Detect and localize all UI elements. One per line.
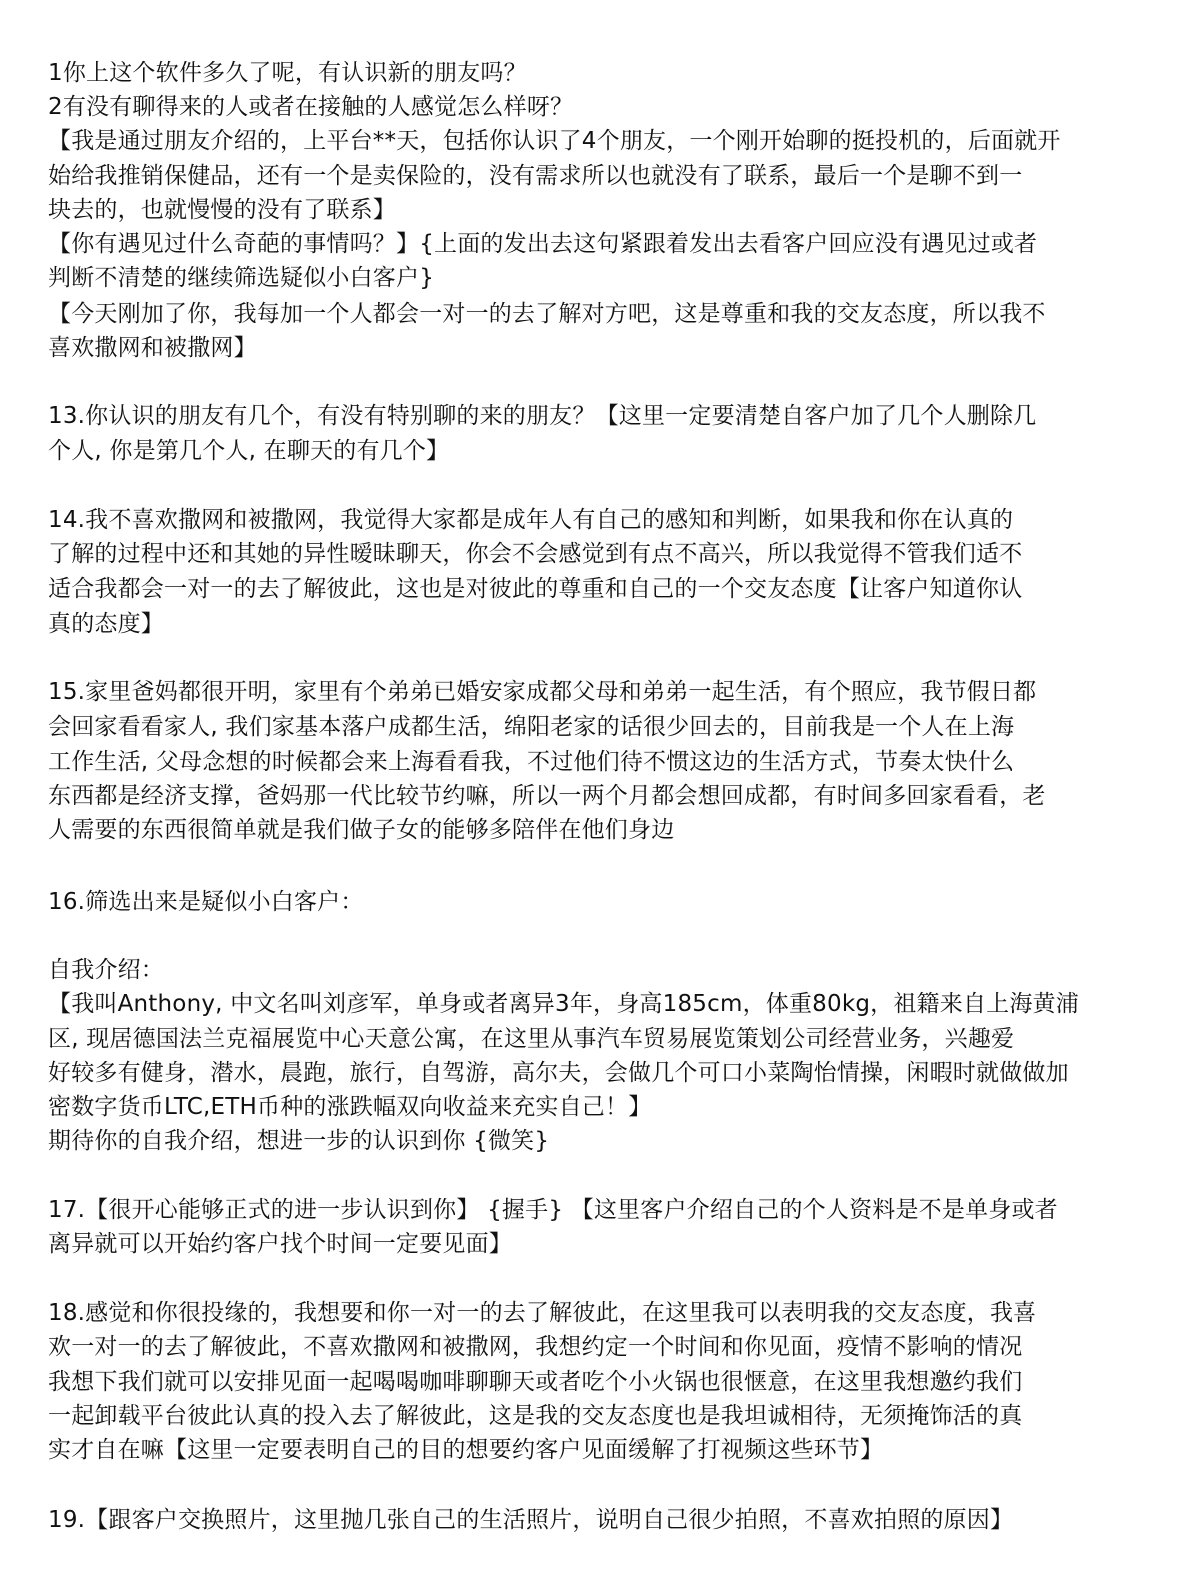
self-intro-line: 【我叫Anthony, 中文名叫刘彦军，单身或者离异3年，身高185cm，体重8… (48, 989, 1079, 1019)
text-line: 【你有遇见过什么奇葩的事情吗？】{上面的发出去这句紧跟着发出去看客户回应没有遇见… (48, 229, 1037, 259)
item-14-line: 了解的过程中还和其她的异性暧昧聊天，你会不会感觉到有点不高兴，所以我觉得不管我们… (48, 539, 1022, 569)
item-16-line: 16.筛选出来是疑似小白客户： (48, 887, 364, 917)
document-page: 1你上这个软件多久了呢，有认识新的朋友吗？ 2有没有聊得来的人或者在接触的人感觉… (0, 0, 1200, 1587)
item-14-line: 适合我都会一对一的去了解彼此，这也是对彼此的尊重和自己的一个交友态度【让客户知道… (48, 574, 1022, 604)
item-19-line: 19.【跟客户交换照片，这里抛几张自己的生活照片，说明自己很少拍照，不喜欢拍照的… (48, 1505, 1013, 1535)
item-18-line: 实才自在嘛【这里一定要表明自己的目的想要约客户见面缓解了打视频这些环节】 (48, 1435, 883, 1465)
item-17-line: 17.【很开心能够正式的进一步认识到你】 {握手} 【这里客户介绍自己的个人资料… (48, 1195, 1058, 1225)
self-intro-heading: 自我介绍： (48, 955, 164, 985)
item-15-line: 工作生活, 父母念想的时候都会来上海看看我，不过他们待不惯这边的生活方式，节奏太… (48, 747, 1014, 777)
text-line: 2有没有聊得来的人或者在接触的人感觉怎么样呀？ (48, 92, 573, 122)
item-13-line: 13.你认识的朋友有几个，有没有特别聊的来的朋友？【这里一定要清楚自客户加了几个… (48, 401, 1036, 431)
item-18-line: 欢一对一的去了解彼此，不喜欢撒网和被撒网，我想约定一个时间和你见面，疫情不影响的… (48, 1332, 1022, 1362)
item-15-line: 东西都是经济支撑，爸妈那一代比较节约嘛，所以一两个月都会想回成都，有时间多回家看… (48, 781, 1046, 811)
text-line: 判断不清楚的继续筛选疑似小白客户} (48, 263, 434, 293)
item-15-line: 15.家里爸妈都很开明，家里有个弟弟已婚安家成都父母和弟弟一起生活，有个照应，我… (48, 677, 1036, 707)
self-intro-line: 密数字货币LTC,ETH币种的涨跌幅双向收益来充实自己！】 (48, 1092, 651, 1122)
self-intro-line: 区, 现居德国法兰克福展览中心天意公寓，在这里从事汽车贸易展览策划公司经营业务，… (48, 1024, 1014, 1054)
item-18-line: 一起卸载平台彼此认真的投入去了解彼此，这是我的交友态度也是我坦诚相待，无须掩饰活… (48, 1401, 1022, 1431)
text-line: 块去的，也就慢慢的没有了联系】 (48, 195, 396, 225)
text-line: 【我是通过朋友介绍的，上平台**天，包括你认识了4个朋友，一个刚开始聊的挺投机的… (48, 126, 1061, 156)
item-18-line: 18.感觉和你很投缘的，我想要和你一对一的去了解彼此，在这里我可以表明我的交友态… (48, 1298, 1036, 1328)
text-line: 喜欢撒网和被撒网】 (48, 333, 257, 363)
self-intro-line: 期待你的自我介绍，想进一步的认识到你 {微笑} (48, 1126, 549, 1156)
item-18-line: 我想下我们就可以安排见面一起喝喝咖啡聊聊天或者吃个小火锅也很惬意，在这里我想邀约… (48, 1367, 1022, 1397)
item-17-line: 离异就可以开始约客户找个时间一定要见面】 (48, 1229, 512, 1259)
item-15-line: 会回家看看家人, 我们家基本落户成都生活，绵阳老家的话很少回去的，目前我是一个人… (48, 712, 1014, 742)
item-15-line: 人需要的东西很简单就是我们做子女的能够多陪伴在他们身边 (48, 815, 674, 845)
self-intro-line: 好较多有健身，潜水，晨跑，旅行，自驾游，高尔夫，会做几个可口小菜陶怡情操，闲暇时… (48, 1058, 1069, 1088)
item-14-line: 14.我不喜欢撒网和被撒网，我觉得大家都是成年人有自己的感知和判断，如果我和你在… (48, 505, 1013, 535)
item-14-line: 真的态度】 (48, 609, 164, 639)
text-line: 1你上这个软件多久了呢，有认识新的朋友吗？ (48, 58, 527, 88)
item-13-line: 个人, 你是第几个人, 在聊天的有几个】 (48, 436, 449, 466)
text-line: 【今天刚加了你，我每加一个人都会一对一的去了解对方吧，这是尊重和我的交友态度，所… (48, 299, 1046, 329)
text-line: 始给我推销保健品，还有一个是卖保险的，没有需求所以也就没有了联系，最后一个是聊不… (48, 161, 1022, 191)
